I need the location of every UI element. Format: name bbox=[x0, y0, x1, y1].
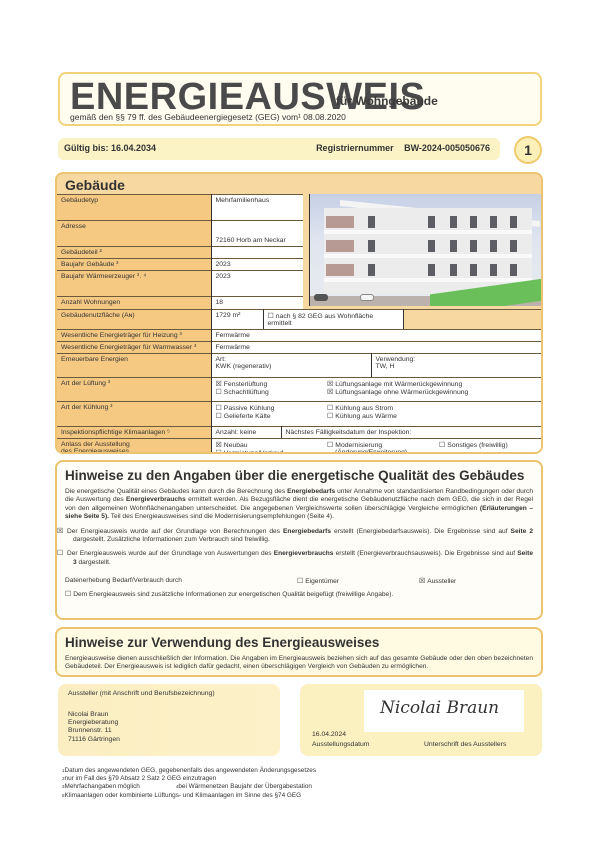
units-label: Anzahl Wohnungen bbox=[57, 297, 211, 309]
data-owner-option[interactable]: ☐Eigentümer bbox=[297, 577, 419, 585]
building-type-value: Mehrfamilienhaus bbox=[211, 195, 303, 221]
signature-block: Nicolai Braun 16.04.2024 Ausstellungsdat… bbox=[300, 684, 542, 756]
page-number-badge: 1 bbox=[514, 136, 542, 164]
heating-carrier-value: Fernwärme bbox=[211, 329, 541, 341]
address-label: Adresse bbox=[57, 221, 211, 247]
valid-until: Gültig bis: 16.04.2034 bbox=[64, 143, 156, 153]
area-value: 1729 m² bbox=[211, 309, 263, 329]
building-table-lower: Gebäudenutzfläche (Aɴ) 1729 m² ☐nach § 8… bbox=[57, 309, 541, 329]
year-built-value: 2023 bbox=[211, 259, 303, 271]
footnote-3-4: 3Mehrfachangaben möglich4bei Wärmenetzen… bbox=[62, 783, 316, 791]
data-collection-row: Datenerhebung Bedarf/Verbrauch durch ☐Ei… bbox=[65, 577, 533, 585]
footnote-1: 1Datum des angewendeten GEG, gegebenenfa… bbox=[62, 767, 316, 775]
building-photo bbox=[309, 194, 541, 306]
checkbox-unchecked[interactable]: ☐ bbox=[216, 412, 222, 420]
footnote-5: 5Klimaanlagen oder kombinierte Lüftungs-… bbox=[62, 792, 316, 800]
consumption-certificate-option[interactable]: ☐Der Energieausweis wurde auf der Grundl… bbox=[65, 550, 533, 567]
building-part-label: Gebäudeteil ² bbox=[57, 247, 211, 259]
issuer-profession: Energieberatung bbox=[68, 719, 270, 727]
signature: Nicolai Braun bbox=[380, 698, 499, 718]
checkbox-checked[interactable]: ☒ bbox=[327, 388, 333, 396]
issuer-street: Brunnenstr. 11 bbox=[68, 727, 270, 735]
area-option-checkbox[interactable]: ☐ bbox=[268, 312, 274, 320]
checkbox-checked[interactable]: ☒ bbox=[327, 380, 333, 388]
building-type-label: Gebäudetyp bbox=[57, 195, 211, 221]
title-box: ENERGIEAUSWEIS für Wohngebäude gemäß den… bbox=[58, 72, 542, 126]
renewable-use: Verwendung: TW, H bbox=[371, 353, 541, 377]
issuer-block: Aussteller (mit Anschrift und Berufsbeze… bbox=[58, 684, 280, 756]
reason-option-3[interactable]: ☐Vermietung/Verkauf bbox=[216, 449, 320, 454]
demand-certificate-option[interactable]: ☒Der Energieausweis wurde auf der Grundl… bbox=[65, 528, 533, 545]
cooling-label: Art der Kühlung ³ bbox=[57, 402, 211, 426]
vent-option-3[interactable]: ☒Lüftungsanlage ohne Wärmerückgewinnung bbox=[327, 388, 537, 396]
data-issuer-option[interactable]: ☒Aussteller bbox=[419, 577, 456, 585]
quality-hints-title: Hinweise zu den Angaben über die energet… bbox=[57, 462, 541, 488]
usage-hints-text: Energieausweise dienen ausschließlich de… bbox=[57, 655, 541, 672]
building-section-title: Gebäude bbox=[57, 174, 541, 194]
registration-label: Registriernummer bbox=[316, 143, 394, 153]
checkbox-unchecked[interactable]: ☐ bbox=[439, 441, 445, 449]
area-option[interactable]: ☐nach § 82 GEG aus Wohnfläche ermittelt bbox=[263, 309, 403, 329]
usage-hints-section: Hinweise zur Verwendung des Energieauswe… bbox=[55, 627, 543, 677]
heater-year-label: Baujahr Wärmeerzeuger ³˒ ⁴ bbox=[57, 271, 211, 297]
checkbox-checked[interactable]: ☒ bbox=[216, 441, 222, 449]
reason-option-1[interactable]: ☐Modernisierung bbox=[327, 441, 431, 449]
checkbox-unchecked[interactable]: ☐ bbox=[216, 404, 222, 412]
heating-carrier-label: Wesentliche Energieträger für Heizung ³ bbox=[57, 329, 211, 341]
ventilation-label: Art der Lüftung ³ bbox=[57, 378, 211, 402]
signature-label: Unterschrift des Ausstellers bbox=[424, 741, 506, 748]
issuer-name: Nicolai Braun bbox=[68, 711, 270, 719]
reason-option-0[interactable]: ☒Neubau bbox=[216, 441, 320, 449]
issuer-city: 71116 Gärtringen bbox=[68, 736, 270, 744]
water-carrier-value: Fernwärme bbox=[211, 341, 541, 353]
quality-hints-section: Hinweise zu den Angaben über die energet… bbox=[55, 460, 543, 620]
checkbox-checked[interactable]: ☒ bbox=[419, 577, 425, 585]
signature-box: Nicolai Braun bbox=[364, 690, 524, 732]
usage-hints-title: Hinweise zur Verwendung des Energieauswe… bbox=[57, 629, 541, 655]
cool-option-2[interactable]: ☐Gelieferte Kälte bbox=[216, 412, 320, 420]
vent-option-1[interactable]: ☒Lüftungsanlage mit Wärmerückgewinnung bbox=[327, 380, 537, 388]
water-carrier-label: Wesentliche Energieträger für Warmwasser… bbox=[57, 341, 211, 353]
additional-info-option[interactable]: ☐Dem Energieausweis sind zusätzliche Inf… bbox=[57, 591, 541, 599]
vent-option-0[interactable]: ☒Fensterlüftung bbox=[216, 380, 320, 388]
checkbox-checked[interactable]: ☒ bbox=[216, 380, 222, 388]
validity-bar: Gültig bis: 16.04.2034 Registriernummer … bbox=[58, 138, 500, 160]
checkbox-unchecked[interactable]: ☐ bbox=[327, 441, 333, 449]
checkbox-unchecked[interactable]: ☐ bbox=[216, 449, 222, 454]
cool-option-0[interactable]: ☐Passive Kühlung bbox=[216, 404, 320, 412]
year-built-label: Baujahr Gebäude ³ bbox=[57, 259, 211, 271]
quality-intro: Die energetische Qualität eines Gebäudes… bbox=[65, 488, 533, 522]
checkbox-unchecked[interactable]: ☐ bbox=[327, 404, 333, 412]
footnotes: 1Datum des angewendeten GEG, gegebenenfa… bbox=[62, 767, 316, 800]
document-subtitle: für Wohngebäude bbox=[336, 94, 438, 108]
building-section: Gebäude Gebäudetyp Mehrfamilienhaus Adre… bbox=[55, 172, 543, 454]
address-value: 72160 Horb am Neckar bbox=[211, 221, 303, 247]
units-value: 18 bbox=[211, 297, 303, 309]
cool-option-1[interactable]: ☐Kühlung aus Strom bbox=[327, 404, 537, 412]
issue-date: 16.04.2024 bbox=[312, 731, 346, 738]
vent-option-2[interactable]: ☐Schachtlüftung bbox=[216, 388, 320, 396]
registration: Registriernummer BW-2024-005050676 bbox=[308, 143, 490, 153]
renewable-type: Art: KWK (regenerativ) bbox=[211, 353, 371, 377]
checkbox-unchecked[interactable]: ☐ bbox=[216, 388, 222, 396]
area-label: Gebäudenutzfläche (Aɴ) bbox=[57, 309, 211, 329]
reason-option-2[interactable]: ☐Sonstiges (freiwillig) bbox=[439, 441, 537, 449]
law-reference: gemäß den §§ 79 ff. des Gebäudeenergiege… bbox=[70, 112, 346, 122]
issue-date-label: Ausstellungsdatum bbox=[312, 741, 369, 748]
checkbox-unchecked[interactable]: ☐ bbox=[327, 412, 333, 420]
checkbox-unchecked[interactable]: ☐ bbox=[297, 577, 303, 585]
issuer-label: Aussteller (mit Anschrift und Berufsbeze… bbox=[68, 690, 270, 697]
ac-count: Anzahl: keine bbox=[211, 426, 281, 438]
cool-option-3[interactable]: ☐Kühlung aus Wärme bbox=[327, 412, 537, 420]
registration-number: BW-2024-005050676 bbox=[404, 143, 490, 153]
ac-inspection: Nächstes Fälligkeitsdatum der Inspektion… bbox=[281, 426, 541, 438]
building-part-value bbox=[211, 247, 303, 259]
heater-year-value: 2023 bbox=[211, 271, 303, 297]
reason-label: Anlass der Ausstellung des Energieauswei… bbox=[57, 439, 211, 455]
renewable-label: Erneuerbare Energien bbox=[57, 353, 211, 377]
checkbox-unchecked[interactable]: ☐ bbox=[65, 591, 71, 599]
ac-label: Inspektionspflichtige Klimaanlagen ⁵ bbox=[57, 426, 211, 438]
